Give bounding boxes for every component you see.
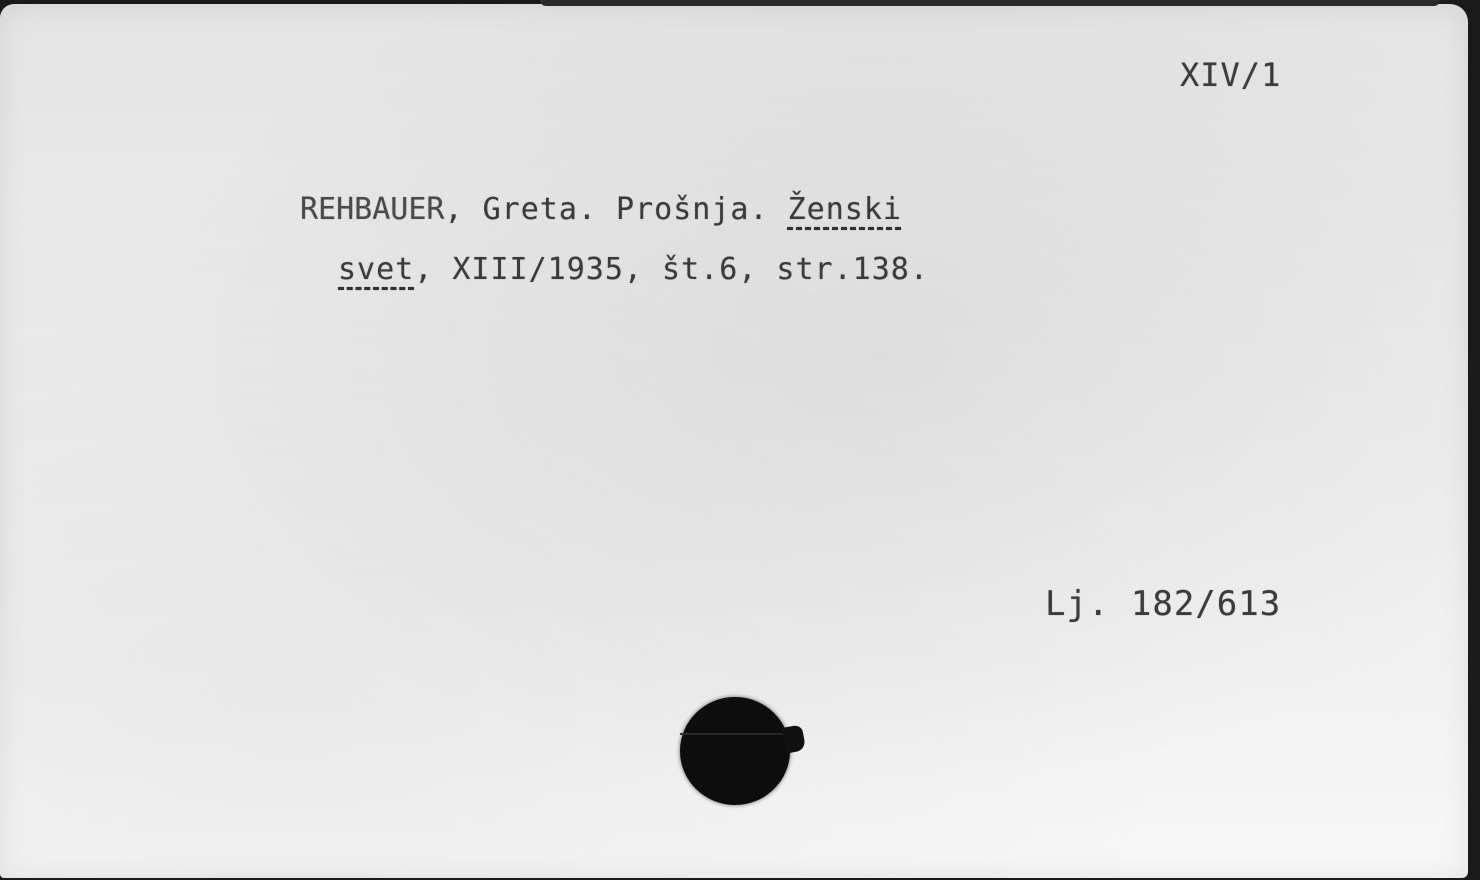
card-top-edge xyxy=(540,0,1440,6)
journal-title-part-1: Ženski xyxy=(788,192,902,227)
punch-hole-tab xyxy=(782,724,806,753)
catalog-card: XIV/1 REHBAUER, Greta. Prošnja. Ženski s… xyxy=(0,4,1468,878)
location-code: Lj. 182/613 xyxy=(1045,584,1281,624)
author-title: , Greta. Prošnja. xyxy=(445,192,788,227)
punch-hole-icon xyxy=(680,697,790,805)
author-surname: REHBAUER xyxy=(300,192,445,227)
entry-line-2: svet, XIII/1935, št.6, str.138. xyxy=(338,252,929,287)
volume-issue: , XIII/1935, št.6, xyxy=(414,252,776,287)
page-reference: str.138. xyxy=(776,252,929,287)
journal-title-part-2: svet xyxy=(338,252,414,287)
entry-line-1: REHBAUER, Greta. Prošnja. Ženski xyxy=(300,192,902,227)
classification-number: XIV/1 xyxy=(1180,56,1281,94)
